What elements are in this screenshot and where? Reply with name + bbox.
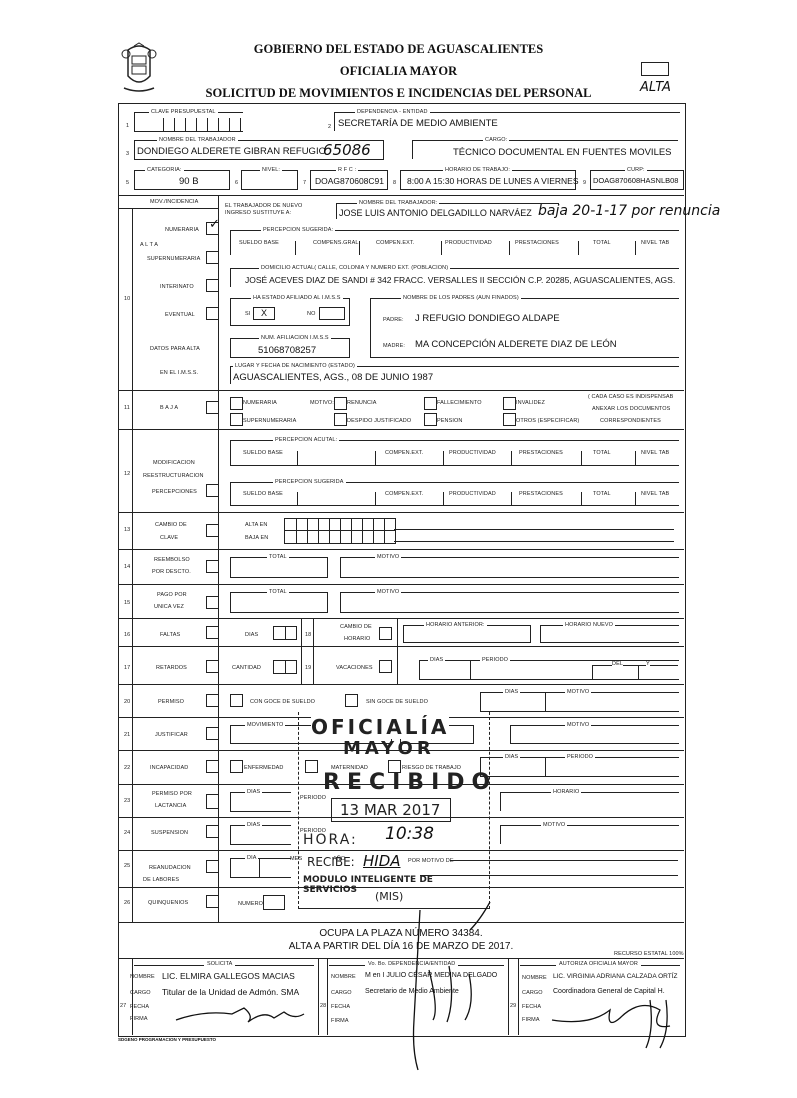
imss-afiliado-field: HA ESTADO AFILIADO AL I.M.S.S SI X NO [230,298,350,326]
padres-label: NOMBRE DE LOS PADRES (AUN FINADOS) [401,295,521,301]
datos-para-alta-label: DATOS PARA ALTA [150,346,200,352]
motivo-label: MOTIVO [375,554,401,560]
header-title-line2: OFICIALIA MAYOR [0,64,797,79]
sustituye-label: EL TRABAJADOR DE NUEVO INGRESO SUSTITUYE… [225,203,325,217]
incapacidad-checkbox[interactable] [206,760,219,773]
row-number: 6 [235,180,238,186]
row-number: 7 [303,180,306,186]
permiso-checkbox[interactable] [206,694,219,707]
otros-label: OTROS (ESPECIFICAR) [516,418,579,424]
reembolso-checkbox[interactable] [206,560,219,573]
lactancia-checkbox[interactable] [206,794,219,809]
eventual-label: EVENTUAL [165,312,195,318]
horario-trabajo-field[interactable]: HORARIO DE TRABAJO: 8:00 A 15:30 HORAS D… [400,170,576,190]
faltas-dias-field[interactable] [273,626,297,640]
horario-anterior-label: HORARIO ANTERIOR: [424,622,487,628]
interinato-checkbox[interactable] [206,279,219,292]
row-number: 17 [124,665,130,671]
row-number: 26 [124,900,130,906]
pension-checkbox[interactable] [424,413,437,426]
dependencia-value: SECRETARÍA DE MEDIO AMBIENTE [338,118,498,129]
firma-label: FIRMA [522,1017,540,1023]
row-number: 5 [126,180,129,186]
padre-value[interactable]: J REFUGIO DONDIEGO ALDAPE [415,313,560,324]
horario-anterior-field[interactable]: HORARIO ANTERIOR: [403,625,531,643]
suspension-dias-field[interactable]: DIAS [230,825,291,845]
categoria-value: 90 B [179,176,199,187]
num-afiliacion-value: 51068708257 [258,345,316,356]
baja-supernumeraria-checkbox[interactable] [230,413,243,426]
clave-presupuestal-field[interactable]: CLAVE PRESUPUESTAL [134,112,243,132]
sin-goce-label: SIN GOCE DE SUELDO [366,699,428,705]
col-prestaciones: PRESTACIONES [515,240,559,246]
nombre-label: NOMBRE [522,975,547,981]
madre-value[interactable]: MA CONCEPCIÓN ALDERETE DIAZ DE LEÓN [415,339,617,350]
nacimiento-field[interactable]: LUGAR Y FECHA DE NACIMIENTO (ESTADO) AGU… [230,366,679,384]
recibido-stamp: OFICIALÍA MAYOR RECIBIDO 13 MAR 2017 HOR… [298,712,490,909]
autoriza-block: AUTORIZA OFICIALIA MAYOR NOMBRE LIC. VIR… [520,960,680,1026]
nombre-label: NOMBRE [130,974,155,980]
eventual-checkbox[interactable] [206,307,219,320]
baja-en-label: BAJA EN [245,535,268,541]
no-label: NO [307,311,315,317]
baja-numeraria-label: NUMERARIA [243,400,277,406]
numeraria-label: NUMERARIA [165,227,199,233]
y-label: Y [646,661,650,667]
solicita-cargo: Titular de la Unidad de Admón. SMA [162,987,299,997]
cantidad-label: CANTIDAD [232,665,261,671]
retardos-label: RETARDOS [156,665,187,671]
invalidez-label: INVALIDEZ [516,400,545,406]
con-goce-label: CON GOCE DE SUELDO [250,699,315,705]
pago-unico-checkbox[interactable] [206,596,219,609]
stamp-hora-label: HORA: [303,832,358,848]
col-productividad: PRODUCTIVIDAD [445,240,492,246]
row-number: 18 [305,632,311,638]
col-productividad: PRODUCTIVIDAD [449,491,496,497]
row-number: 29 [510,1003,516,1009]
interinato-label: INTERINATO [160,284,194,290]
vacaciones-label: VACACIONES [336,665,373,671]
periodo-label: PERIODO [480,657,510,663]
cargo-label: CARGO [331,990,352,996]
clave-grid [153,118,241,131]
vacaciones-checkbox[interactable] [379,660,392,673]
renuncia-label: RENUNCIA [347,400,377,406]
movimiento-label: MOVIMIENTO [245,722,285,728]
baja-label: B A J A [160,405,178,411]
pension-label: PENSION [437,418,462,424]
horario-label: HORARIO [344,636,370,642]
por-descto-label: POR DESCTO. [152,569,191,575]
cargo-label: CARGO: [483,137,509,143]
pago-por-label: PAGO POR [157,592,187,598]
justificar-label: JUSTIFICAR [155,732,188,738]
modificacion-label: MODIFICACION [153,460,195,466]
motivo-label: MOTIVO [375,589,401,595]
total-label: TOTAL [267,589,289,595]
row-number: 2 [328,124,331,130]
row-number: 3 [126,151,129,157]
percepcion-actual-label: PERCEPCION ACUTAL: [273,437,339,443]
permiso-label: PERMISO [158,699,184,705]
alta-baja-clave-grid[interactable] [284,518,396,544]
col-compen-ext: COMPEN.EXT. [376,240,414,246]
firma-label: FIRMA [130,1016,148,1022]
horario-nuevo-field[interactable]: HORARIO NUEVO [540,625,679,643]
lactancia-horario-field[interactable]: HORARIO [500,792,679,811]
row-number: 28 [320,1003,326,1009]
despido-checkbox[interactable] [334,413,347,426]
nombre-label: NOMBRE DEL TRABAJADOR [157,137,238,143]
row-number: 20 [124,699,130,705]
nombre-trabajador-field[interactable]: NOMBRE DEL TRABAJADOR DONDIEGO ALDERETE … [134,140,384,160]
despido-label: DESPIDO JUSTIFICADO [347,418,411,424]
padre-label: PADRE: [383,317,404,323]
autoriza-nombre: LIC. VIRGINIA ADRIANA CALZADA ORTÍZ [553,973,678,980]
dias-label: DIAS [428,657,445,663]
row-number: 19 [305,665,311,671]
percepcion-sugerida-label: PERCEPCION SUGERIDA [273,479,346,485]
fecha-label: FECHA [522,1004,541,1010]
nacimiento-value: AGUASCALIENTES, AGS., 08 DE JUNIO 1987 [233,372,433,383]
cambio-horario-label: CAMBIO DE [340,624,372,630]
incapacidad-dias-periodo-field[interactable]: DIAS PERIODO [480,757,679,777]
horario-label: HORARIO DE TRABAJO: [443,167,512,173]
fallecimiento-label: FALLECIMIENTO [437,400,482,406]
dias-label: DIAS [503,754,520,760]
quinquenios-checkbox[interactable] [206,895,219,908]
reembolso-motivo-field[interactable]: MOTIVO [340,557,679,578]
categoria-label: CATEGORIA: [145,167,184,173]
col-compen-ext: COMPEN.EXT. [385,450,423,456]
retardos-cantidad-field[interactable] [273,660,297,674]
col-sueldo-base: SUELDO BASE [239,240,279,246]
col-nivel-tab: NIVEL TAB [641,240,669,246]
nombre-label: NOMBRE [331,974,356,980]
solicita-header: SOLICITA [204,961,235,967]
stamp-oficialia: OFICIALÍA [311,715,449,739]
permiso-dias-motivo-field[interactable]: DIAS MOTIVO [480,692,679,712]
sustituye-nombre-label: NOMBRE DEL TRABAJADOR: [357,200,439,206]
percepciones-label: PERCEPCIONES [152,489,197,495]
mov-incidencia-label: MOV./INCIDENCIA [150,199,198,205]
enfermedad-label: ENFERMEDAD [244,765,284,771]
dias-label: DIAS [245,822,262,828]
num-afiliacion-label: NUM. AFILIACION I.M.S.S [259,335,331,341]
lactancia-dias-field[interactable]: DIAS [230,792,291,812]
cambio-clave-label: CAMBIO DE [155,522,187,528]
del-label: DEL [612,661,623,667]
autoriza-signature-icon [550,990,690,1050]
madre-label: MADRE: [383,343,405,349]
row-number: 22 [124,765,130,771]
row-number: 1 [126,123,129,129]
baja-handwritten-note: baja 20-1-17 por renuncia [538,203,720,219]
otros-checkbox[interactable] [503,413,516,426]
col-prestaciones: PRESTACIONES [519,450,563,456]
motivo-label: MOTIVO [565,689,591,695]
total-label: TOTAL [267,554,289,560]
renuncia-checkbox[interactable] [334,397,347,410]
firma-label: FIRMA [331,1018,349,1024]
col-compens-gral: COMPENS.GRAL. [313,240,360,246]
row-number: 21 [124,732,130,738]
percepcion-sugerida-alta[interactable]: PERCEPCION SUGERIDA: SUELDO BASE COMPENS… [230,230,679,255]
stamp-hora-value: 10:38 [385,824,434,844]
corner-handwritten-note: ALTA [640,80,671,95]
padres-field: NOMBRE DE LOS PADRES (AUN FINADOS) PADRE… [370,298,679,358]
clave-presupuestal-label: CLAVE PRESUPUESTAL [149,109,218,115]
reestructuracion-label: REESTRUCTURACION [143,473,204,479]
sustituye-nombre-value: JOSE LUIS ANTONIO DELGADILLO NARVÁEZ [339,208,532,218]
row-number: 12 [124,471,130,477]
domicilio-label: DOMICILIO ACTUAL( CALLE, COLONIA Y NUMER… [259,265,450,271]
alta-corner-box[interactable] [641,62,669,76]
col-total: TOTAL [593,450,611,456]
fecha-label: FECHA [331,1004,350,1010]
percepcion-sugerida-mod[interactable]: PERCEPCION SUGERIDA SUELDO BASE COMPEN.E… [230,482,679,506]
imss-afiliado-label: HA ESTADO AFILIADO AL I.M.S.S [251,295,343,301]
fecha-label: FECHA [130,1004,149,1010]
col-sueldo-base: SUELDO BASE [243,491,283,497]
row-number: 16 [124,632,130,638]
solicita-block: SOLICITA NOMBRE LIC. ELMIRA GALLEGOS MAC… [134,960,314,1026]
row-number: 25 [124,863,130,869]
baja-numeraria-checkbox[interactable] [230,397,243,410]
suspension-label: SUSPENSION [151,830,188,836]
stamp-recibe-signature: HIDA [363,852,401,870]
alta-label: A L T A [140,242,158,248]
percepcion-sugerida-label: PERCEPCION SUGERIDA: [261,227,335,233]
curp-field[interactable]: CURP: DOAG870608HASNLB08 [590,170,684,190]
cambio-horario-checkbox[interactable] [379,627,392,640]
row-number: 13 [124,527,130,533]
baja-checkbox[interactable] [206,401,219,414]
col-total: TOTAL [593,491,611,497]
si-checkbox[interactable]: X [253,307,275,320]
autoriza-header: AUTORIZA OFICIALIA MAYOR [556,961,641,967]
stamp-date-box: 13 MAR 2017 [331,798,451,822]
enfermedad-checkbox[interactable] [230,760,243,773]
reanudacion-dia-field[interactable]: DIA [230,858,291,878]
reanudacion-label: REANUDACION [149,865,191,871]
row-number: 9 [583,180,586,186]
en-el-imss-label: EN EL I.M.S.S. [160,370,198,376]
nivel-field[interactable]: NIVEL: [241,170,298,190]
col-nivel-tab: NIVEL TAB [641,491,669,497]
col-nivel-tab: NIVEL TAB [641,450,669,456]
lactancia-label: LACTANCIA [155,803,186,809]
form-footer: SDGENO PROGRAMACION Y PRESUPUESTO [118,1037,216,1042]
baja-note: CORRESPONDIENTES [600,418,661,424]
supernumeraria-checkbox[interactable] [206,251,219,264]
header-title-line3: SOLICITUD DE MOVIMIENTOS E INCIDENCIAS D… [0,86,797,101]
reembolso-total-field[interactable]: TOTAL [230,557,328,578]
domicilio-field[interactable]: DOMICILIO ACTUAL( CALLE, COLONIA Y NUMER… [230,268,679,287]
faltas-label: FALTAS [160,632,180,638]
horario-label: HORARIO [551,789,581,795]
con-goce-checkbox[interactable] [230,694,243,707]
row-number: 23 [124,798,130,804]
suspension-motivo-field[interactable]: MOTIVO [500,825,679,844]
dependencia-label: DEPENDENCIA - ENTIDAD [355,109,430,115]
nacimiento-label: LUGAR Y FECHA DE NACIMIENTO (ESTADO) [233,363,357,369]
categoria-field[interactable]: CATEGORIA: 90 B [134,170,230,190]
unica-vez-label: UNICA VEZ [154,604,184,610]
pago-total-field[interactable]: TOTAL [230,592,328,613]
rfc-value: DOAG870608C91 [315,176,384,186]
rfc-field[interactable]: R F C : DOAG870608C91 [310,170,388,190]
nivel-label: NIVEL: [260,167,282,173]
checkmark-icon: ✓ [209,217,220,232]
solicita-signature-icon [174,1000,314,1026]
invalidez-checkbox[interactable] [503,397,516,410]
cargo-value: TÉCNICO DOCUMENTAL EN FUENTES MOVILES [453,147,672,158]
col-total: TOTAL [593,240,611,246]
quinquenios-numero-field[interactable] [263,895,285,910]
sustituye-nombre-field[interactable]: NOMBRE DEL TRABAJADOR: JOSE LUIS ANTONIO… [336,203,559,219]
periodo-label: PERIODO [565,754,595,760]
incapacidad-label: INCAPACIDAD [150,765,188,771]
stamp-recibido: RECIBIDO [323,770,497,795]
stamp-recibe-label: RECIBE: [307,855,355,869]
suspension-checkbox[interactable] [206,825,219,838]
fallecimiento-checkbox[interactable] [424,397,437,410]
numero-label: NUMERO [238,901,263,907]
col-prestaciones: PRESTACIONES [519,491,563,497]
domicilio-value: JOSÉ ACEVES DIAZ DE SANDI # 342 FRACC. V… [245,275,675,285]
reanudacion-checkbox[interactable] [206,860,219,873]
quinquenios-label: QUINQUENIOS [148,900,188,906]
baja-note: ( CADA CASO ES INDISPENSAB [588,394,673,400]
modificacion-checkbox[interactable] [206,484,219,497]
row-number: 8 [393,180,396,186]
stamp-date: 13 MAR 2017 [340,801,440,819]
baja-note: ANEXAR LOS DOCUMENTOS [592,406,670,412]
numeraria-checkbox[interactable]: ✓ [206,222,219,235]
curp-value: DOAG870608HASNLB08 [593,176,678,185]
motivo-label: MOTIVO: [310,400,334,406]
horario-nuevo-label: HORARIO NUEVO [563,622,615,628]
col-compen-ext: COMPEN.EXT. [385,491,423,497]
stamp-mayor: MAYOR [343,738,435,759]
dias-label: DIAS [245,632,258,638]
horario-value: 8:00 A 15:30 HORAS DE LUNES A VIERNES [407,176,579,186]
curp-label: CURP: [625,167,647,173]
retardos-checkbox[interactable] [206,660,219,673]
justificar-motivo-field[interactable]: MOTIVO [510,725,679,744]
no-checkbox[interactable] [319,307,345,320]
dias-label: DIAS [503,689,520,695]
rfc-label: R F C : [336,167,358,173]
alta-en-label: ALTA EN [245,522,268,528]
reembolso-label: REEMBOLSO [154,557,190,563]
si-label: SI [245,311,250,317]
permiso-por-label: PERMISO POR [152,791,192,797]
handwritten-stroke-icon [380,900,500,1075]
motivo-label: MOTIVO [565,722,591,728]
motivo-label: MOTIVO [541,822,567,828]
dias-label: DIAS [245,789,262,795]
row-number: 14 [124,564,130,570]
num-afiliacion-field[interactable]: NUM. AFILIACION I.M.S.S 51068708257 [230,338,350,358]
cargo-label: CARGO [130,990,151,996]
clave-label: CLAVE [160,535,178,541]
justificar-checkbox[interactable] [206,727,219,740]
row-number: 15 [124,600,130,606]
baja-supernumeraria-label: SUPERNUMERARIA [243,418,296,424]
row-number: 27 [120,1003,126,1009]
supernumeraria-label: SUPERNUMERARIA [147,256,200,262]
de-labores-label: DE LABORES [143,877,179,883]
row-number: 24 [124,830,130,836]
solicita-nombre: LIC. ELMIRA GALLEGOS MACIAS [162,971,295,981]
vacaciones-periodo-field[interactable]: DIAS PERIODO DEL Y [419,660,679,680]
recurso-estatal-label: RECURSO ESTATAL 100% [614,951,684,957]
faltas-checkbox[interactable] [206,626,219,639]
nombre-value: DONDIEGO ALDERETE GIBRAN REFUGIO [137,146,326,157]
row-number: 11 [124,405,130,411]
dia-label: DIA [245,855,258,861]
sin-goce-checkbox[interactable] [345,694,358,707]
dependencia-field[interactable]: DEPENDENCIA - ENTIDAD SECRETARÍA DE MEDI… [334,112,680,131]
header-title-line1: GOBIERNO DEL ESTADO DE AGUASCALIENTES [0,42,797,57]
col-sueldo-base: SUELDO BASE [243,450,283,456]
cambio-clave-checkbox[interactable] [206,524,219,537]
row-number: 10 [124,296,130,302]
nombre-handwritten-number: 65086 [323,141,371,159]
col-productividad: PRODUCTIVIDAD [449,450,496,456]
cargo-label: CARGO [522,990,543,996]
cargo-field[interactable]: CARGO: TÉCNICO DOCUMENTAL EN FUENTES MOV… [412,140,678,159]
percepcion-actual[interactable]: PERCEPCION ACUTAL: SUELDO BASE COMPEN.EX… [230,440,679,466]
pago-motivo-field[interactable]: MOTIVO [340,592,679,613]
